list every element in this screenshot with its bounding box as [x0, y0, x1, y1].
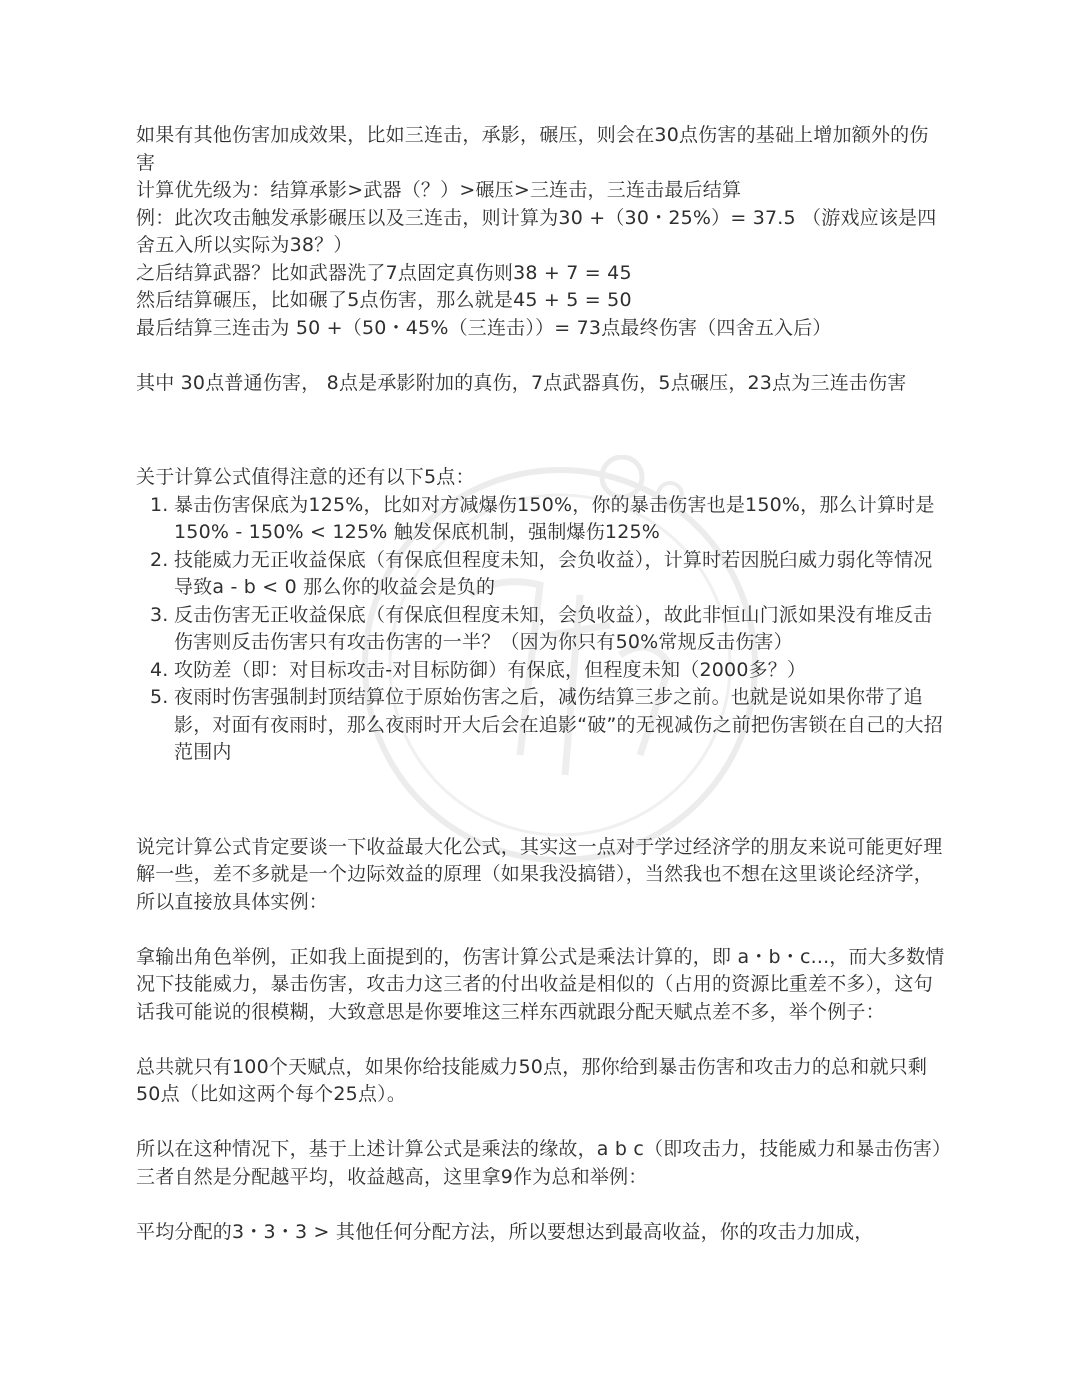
paragraph-output-example: 拿输出角色举例，正如我上面提到的，伤害计算公式是乘法计算的，即 a・b・c...… [136, 944, 946, 1027]
list-item-text: 攻防差（即：对目标攻击-对目标防御）有保底，但程度未知（2000多？） [174, 659, 806, 681]
paragraph-conclusion: 平均分配的3・3・3 > 其他任何分配方法，所以要想达到最高收益，你的攻击力加成… [136, 1219, 946, 1247]
list-item: 1. 暴击伤害保底为125%，比如对方减爆伤150%，你的暴击伤害也是150%，… [136, 492, 946, 547]
list-item-text: 技能威力无正收益保底（有保底但程度未知，会负收益），计算时若因脱臼威力弱化等情况… [174, 549, 933, 599]
list-item-number: 5. [150, 684, 169, 712]
spacer [136, 916, 946, 944]
paragraph-example: 例：此次攻击触发承影碾压以及三连击，则计算为30 +（30・25%）= 37.5… [136, 205, 946, 260]
spacer [136, 767, 946, 834]
spacer [136, 1026, 946, 1054]
list-item: 5. 夜雨时伤害强制封顶结算位于原始伤害之后，减伤结算三步之前。也就是说如果你带… [136, 684, 946, 767]
paragraph-damage-breakdown: 其中 30点普通伤害， 8点是承影附加的真伤，7点武器真伤，5点碾压，23点为三… [136, 370, 946, 398]
notes-heading: 关于计算公式值得注意的还有以下5点： [136, 464, 946, 492]
paragraph-triple-hit: 最后结算三连击为 50 +（50・45%（三连击））= 73点最终伤害（四舍五入… [136, 315, 946, 343]
list-item-number: 4. [150, 657, 169, 685]
paragraph-priority: 计算优先级为：结算承影>武器（？）>碾压>三连击，三连击最后结算 [136, 177, 946, 205]
paragraph-bonus-effects: 如果有其他伤害加成效果，比如三连击，承影，碾压，则会在30点伤害的基础上增加额外… [136, 122, 946, 177]
list-item-number: 2. [150, 547, 169, 575]
list-item: 4. 攻防差（即：对目标攻击-对目标防御）有保底，但程度未知（2000多？） [136, 657, 946, 685]
paragraph-crush: 然后结算碾压，比如碾了5点伤害，那么就是45 + 5 = 50 [136, 287, 946, 315]
damage-calculation-section: 如果有其他伤害加成效果，比如三连击，承影，碾压，则会在30点伤害的基础上增加额外… [136, 122, 946, 342]
list-item-text: 夜雨时伤害强制封顶结算位于原始伤害之后，减伤结算三步之前。也就是说如果你带了追影… [174, 686, 943, 763]
list-item-number: 3. [150, 602, 169, 630]
paragraph-weapon: 之后结算武器？比如武器洗了7点固定真伤则38 + 7 = 45 [136, 260, 946, 288]
spacer [136, 397, 946, 464]
paragraph-marginal-benefit: 说完计算公式肯定要谈一下收益最大化公式，其实这一点对于学过经济学的朋友来说可能更… [136, 834, 946, 917]
notes-section: 关于计算公式值得注意的还有以下5点： 1. 暴击伤害保底为125%，比如对方减爆… [136, 464, 946, 767]
list-item-number: 1. [150, 492, 169, 520]
spacer [136, 1109, 946, 1137]
list-item: 3. 反击伤害无正收益保底（有保底但程度未知，会负收益），故此非恒山门派如果没有… [136, 602, 946, 657]
spacer [136, 1191, 946, 1219]
spacer [136, 342, 946, 370]
list-item: 2. 技能威力无正收益保底（有保底但程度未知，会负收益），计算时若因脱臼威力弱化… [136, 547, 946, 602]
notes-list: 1. 暴击伤害保底为125%，比如对方减爆伤150%，你的暴击伤害也是150%，… [136, 492, 946, 767]
paragraph-even-distribution: 所以在这种情况下，基于上述计算公式是乘法的缘故，a b c（即攻击力，技能威力和… [136, 1136, 946, 1191]
list-item-text: 反击伤害无正收益保底（有保底但程度未知，会负收益），故此非恒山门派如果没有堆反击… [174, 604, 933, 654]
article-body: 如果有其他伤害加成效果，比如三连击，承影，碾压，则会在30点伤害的基础上增加额外… [136, 122, 946, 1246]
list-item-text: 暴击伤害保底为125%，比如对方减爆伤150%，你的暴击伤害也是150%，那么计… [174, 494, 935, 544]
paragraph-talent-points: 总共就只有100个天赋点，如果你给技能威力50点，那你给到暴击伤害和攻击力的总和… [136, 1054, 946, 1109]
